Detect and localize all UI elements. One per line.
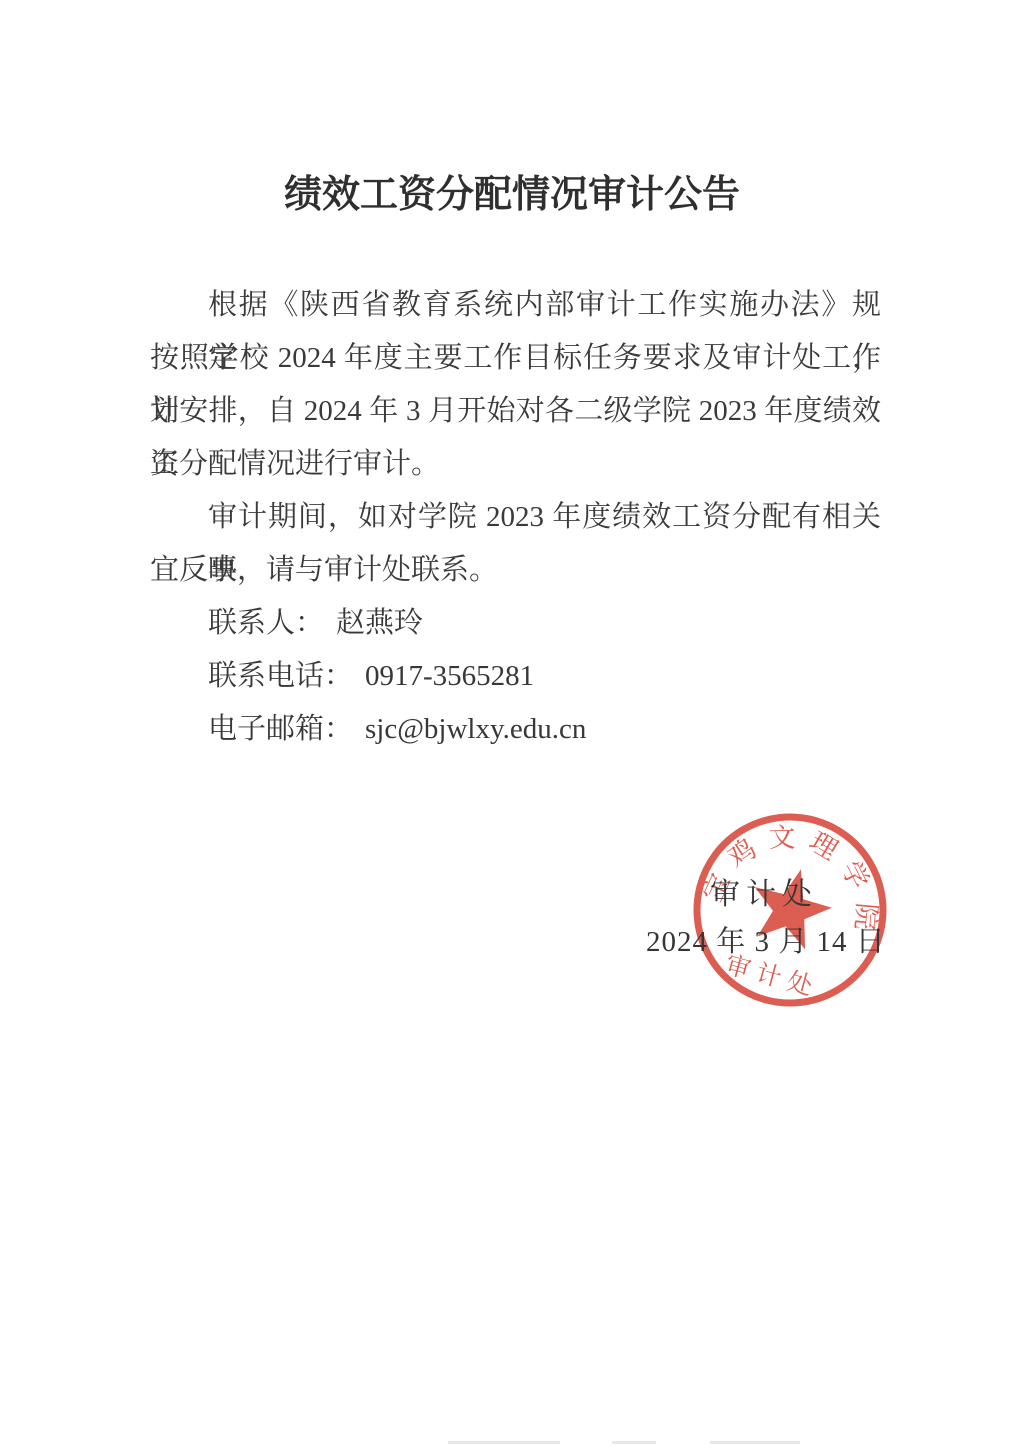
contact-list: 联系人：赵燕玲联系电话：0917-3565281电子邮箱：sjc@bjwlxy.…: [150, 597, 881, 756]
paragraphs: 根据《陕西省教育系统内部审计工作实施办法》规定，按照学校 2024 年度主要工作…: [150, 279, 881, 597]
body-line: 按照学校 2024 年度主要工作目标任务要求及审计处工作计: [150, 332, 881, 385]
signature-date: 2024 年 3 月 14 日: [646, 919, 886, 960]
page-title: 绩效工资分配情况审计公告: [0, 163, 1024, 218]
contact-line: 联系电话：0917-3565281: [150, 650, 881, 703]
contact-value: sjc@bjwlxy.edu.cn: [365, 713, 586, 745]
contact-value: 0917-3565281: [365, 660, 534, 692]
scan-artifact-line: [612, 1441, 656, 1444]
signature-department: 审计处: [710, 869, 818, 913]
contact-line: 电子邮箱：sjc@bjwlxy.edu.cn: [150, 703, 881, 756]
scan-artifact-line: [710, 1441, 800, 1444]
body-line: 划安排，自 2024 年 3 月开始对各二级学院 2023 年度绩效工: [150, 385, 881, 438]
document-body: 根据《陕西省教育系统内部审计工作实施办法》规定，按照学校 2024 年度主要工作…: [150, 279, 881, 756]
body-line: 根据《陕西省教育系统内部审计工作实施办法》规定，: [150, 279, 881, 332]
contact-label: 联系电话：: [208, 660, 353, 692]
scan-artifact-line: [448, 1441, 560, 1444]
document-page: 绩效工资分配情况审计公告 根据《陕西省教育系统内部审计工作实施办法》规定，按照学…: [0, 0, 1024, 1448]
body-line: 宜反映，请与审计处联系。: [150, 544, 881, 597]
body-line: 资分配情况进行审计。: [150, 438, 881, 491]
contact-line: 联系人：赵燕玲: [150, 597, 881, 650]
contact-label: 电子邮箱：: [208, 713, 353, 745]
contact-label: 联系人：: [208, 607, 324, 639]
body-line: 审计期间，如对学院 2023 年度绩效工资分配有相关事: [150, 491, 881, 544]
contact-value: 赵燕玲: [336, 607, 423, 639]
